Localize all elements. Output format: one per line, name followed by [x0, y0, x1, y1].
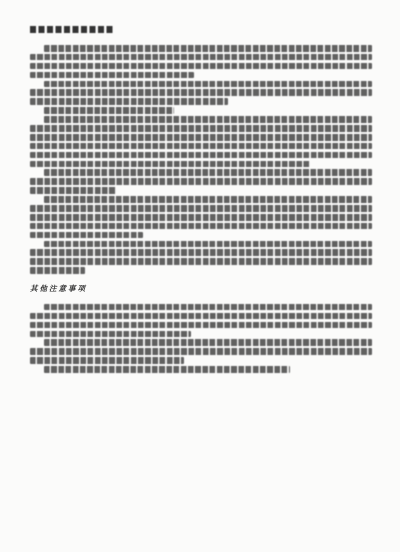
text-line-redacted — [30, 331, 191, 338]
text-line-redacted — [44, 169, 372, 176]
text-line-redacted — [30, 89, 372, 96]
text-line-redacted — [30, 348, 372, 355]
paragraph-redacted — [30, 169, 372, 193]
text-line-redacted — [30, 322, 372, 329]
text-line-redacted — [44, 304, 372, 311]
text-line-redacted — [30, 187, 116, 194]
paragraph-redacted — [30, 81, 372, 105]
text-line-redacted — [44, 107, 174, 114]
text-line-redacted — [30, 258, 372, 265]
text-line-redacted — [44, 45, 372, 52]
text-line-redacted — [30, 232, 143, 239]
text-line-redacted — [30, 54, 372, 61]
text-line-redacted — [30, 313, 372, 320]
text-line-redacted — [44, 339, 372, 346]
subheading-other-notes: 其他注意事项 — [30, 283, 372, 294]
paragraph-redacted — [30, 304, 372, 337]
document-title-redacted — [30, 26, 114, 33]
text-line-redacted — [30, 63, 372, 70]
text-line-redacted — [30, 98, 228, 105]
text-line-redacted — [30, 152, 372, 159]
paragraph-redacted — [30, 339, 372, 363]
text-line-redacted — [30, 161, 310, 168]
paragraph-redacted — [30, 45, 372, 78]
text-line-redacted — [30, 267, 85, 274]
text-line-redacted — [44, 196, 372, 203]
text-line-redacted — [30, 357, 184, 364]
text-line-redacted — [30, 125, 372, 132]
text-line-redacted — [30, 249, 372, 256]
text-line-redacted — [30, 143, 372, 150]
text-line-redacted — [30, 134, 372, 141]
paragraph-redacted — [30, 107, 372, 114]
text-line-redacted — [44, 366, 290, 373]
text-line-redacted — [30, 178, 372, 185]
text-line-redacted — [30, 72, 194, 79]
paragraph-redacted — [30, 241, 372, 274]
text-line-redacted — [44, 241, 372, 248]
body-text-section-1-redacted — [30, 45, 372, 274]
text-line-redacted — [30, 223, 372, 230]
paragraph-redacted — [30, 116, 372, 167]
paragraph-redacted — [30, 366, 372, 373]
text-line-redacted — [30, 205, 372, 212]
text-line-redacted — [44, 81, 372, 88]
text-line-redacted — [30, 214, 372, 221]
document-page: 其他注意事项 — [0, 0, 400, 552]
text-line-redacted — [44, 116, 372, 123]
body-text-section-2-redacted — [30, 304, 372, 373]
paragraph-redacted — [30, 196, 372, 238]
